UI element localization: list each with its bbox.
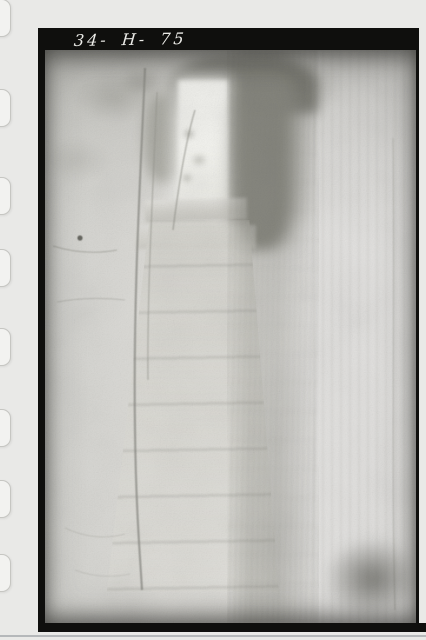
punch-hole <box>0 480 11 518</box>
film-grain-texture <box>45 50 416 623</box>
punch-hole <box>0 249 11 287</box>
punch-hole <box>0 328 11 366</box>
photo-id-label: 34- H- 75 <box>73 29 187 50</box>
album-page: 34- H- 75 <box>0 0 426 640</box>
scan-edge-line <box>0 635 426 637</box>
photograph-print: 34- H- 75 <box>38 28 419 632</box>
punch-hole <box>0 409 11 447</box>
photo-image-stairway-doorway <box>45 50 416 623</box>
punch-hole <box>0 89 11 127</box>
punch-hole <box>0 0 11 37</box>
photo-bottom-border-extension <box>419 623 426 632</box>
punch-hole <box>0 554 11 592</box>
punch-hole <box>0 177 11 215</box>
